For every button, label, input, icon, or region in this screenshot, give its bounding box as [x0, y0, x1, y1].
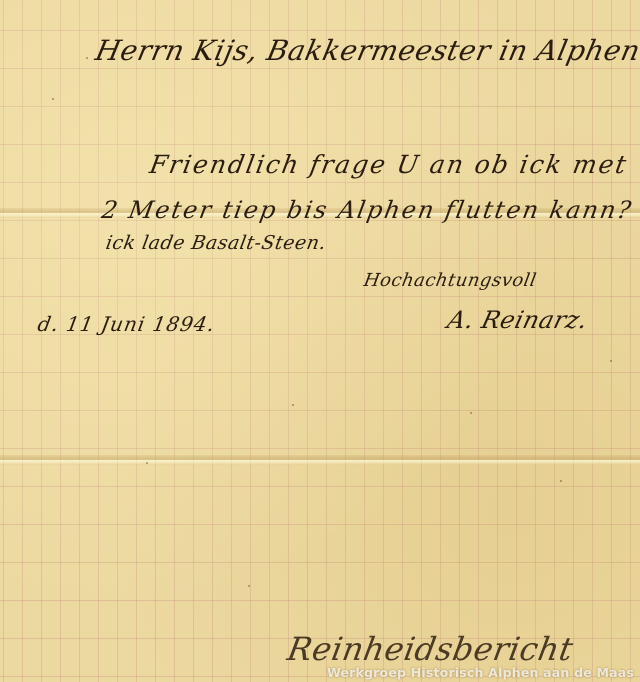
letter-page: Herrn Kijs, Bakkermeester in Alphen a/Ma… [0, 0, 640, 682]
paper-speck [146, 462, 148, 464]
letter-body-line-3: ick lade Basalt-Steen. [104, 232, 328, 254]
letter-addressee: Herrn Kijs, Bakkermeester in Alphen a/Ma… [92, 34, 640, 67]
paper-speck [610, 360, 612, 362]
letter-date: d. 11 Juni 1894. [36, 312, 217, 336]
paper-speck [52, 98, 54, 100]
paper-speck [248, 585, 250, 587]
paper-speck [560, 480, 562, 482]
letter-signature: A. Reinarz. [445, 306, 592, 334]
bottom-annotation: Reinheidsbericht [285, 630, 577, 668]
paper-fold-lower [0, 455, 640, 465]
paper-speck [470, 412, 472, 414]
watermark: Werkgroep Historisch Alphen aan de Maas [327, 665, 634, 680]
paper-speck [86, 57, 88, 59]
letter-body-line-2: 2 Meter tiep bis Alphen flutten kann? [100, 196, 635, 224]
letter-closing: Hochachtungsvoll [362, 270, 538, 291]
paper-speck [292, 404, 294, 406]
letter-body-line-1: Friendlich frage U an ob ick met [147, 150, 630, 179]
